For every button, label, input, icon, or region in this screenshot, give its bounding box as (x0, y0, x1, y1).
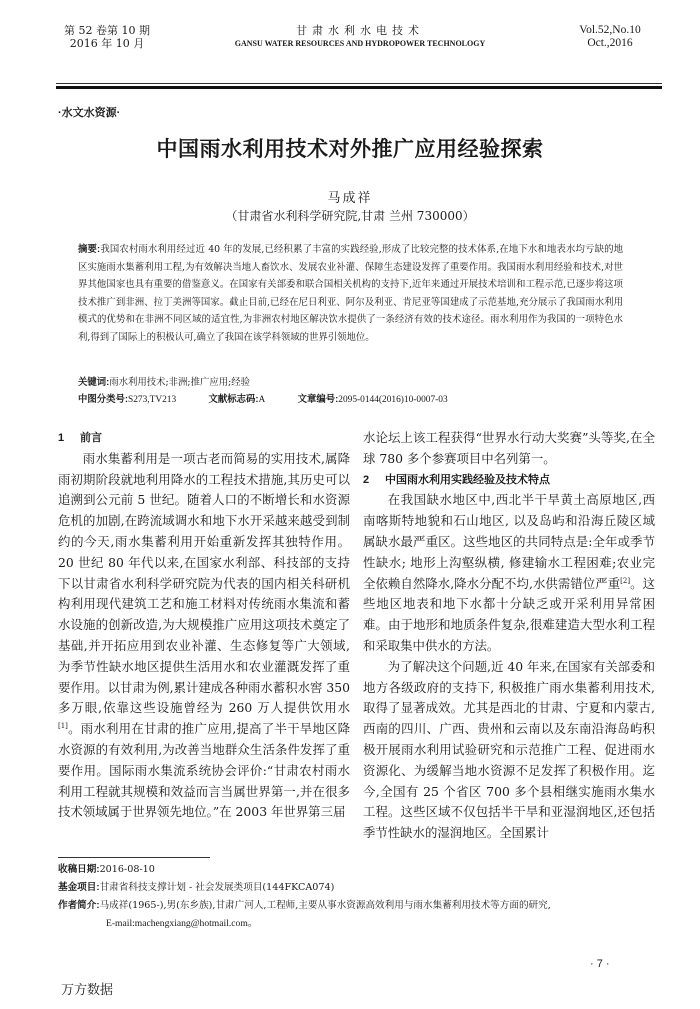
header-rule-thin (56, 83, 662, 84)
header-rule-thick (56, 86, 662, 89)
clc-number: 中图分类号:S273,TV213 (78, 395, 176, 405)
abstract-text: 我国农村雨水利用经过近 40 年的发展,已经积累了丰富的实践经验,形成了比较完整… (78, 244, 623, 343)
running-header-center: 甘肃水利水电技术 GANSU WATER RESOURCES AND HYDRO… (180, 24, 540, 50)
article-title: 中国雨水利用技术对外推广应用经验探索 (0, 133, 700, 163)
footnotes: 收稿日期:2016-08-10 基金项目:甘肃省科技支撑计划 - 社会发展类项目… (58, 861, 678, 933)
running-header-right: Vol.52,No.10 Oct.,2016 (560, 24, 660, 50)
watermark: 万方数据 (61, 979, 113, 998)
keywords-label: 关键词: (78, 376, 109, 387)
author-affiliation: （甘肃省水利科学研究院,甘肃 兰州 730000） (0, 207, 700, 224)
column-tag: ·水文水资源· (58, 104, 120, 120)
issue-date-en: Oct.,2016 (560, 37, 660, 50)
keywords: 关键词:雨水利用技术;非洲;推广应用;经验 (78, 373, 623, 391)
author-name: 马成祥 (0, 187, 700, 206)
document-code: 文献标志码:A (209, 395, 266, 405)
body-column-left: 1前言 雨水集蓄利用是一项古老而简易的实用技术,属降雨初期阶段就地利用降水的工程… (58, 428, 350, 823)
received-date: 收稿日期:2016-08-10 (58, 861, 678, 879)
fund-project: 基金项目:甘肃省科技支撑计划 - 社会发展类项目(144FKCA074) (58, 879, 678, 897)
citation-ref: [1] (58, 722, 68, 730)
paragraph-continuation: 水论坛上该工程获得“世界水行动大奖赛”头等奖,在全球 780 多个参赛项目中名列… (363, 428, 655, 470)
paragraph: 为了解决这个问题,近 40 年来,在国家有关部委和地方各级政府的支持下, 积极推… (363, 657, 655, 844)
author-bio: 作者简介:马成祥(1965-),男(东乡族),甘肃广河人,工程师,主要从事水资源… (58, 897, 678, 915)
journal-name-cn: 甘肃水利水电技术 (180, 24, 540, 37)
journal-name-en: GANSU WATER RESOURCES AND HYDROPOWER TEC… (180, 37, 540, 50)
page-number: · 7 · (590, 958, 610, 970)
author-email: E-mail:machengxiang@hotmail.com。 (58, 915, 678, 933)
paragraph: 雨水集蓄利用是一项古老而简易的实用技术,属降雨初期阶段就地利用降水的工程技术措施… (58, 449, 350, 823)
paragraph: 在我国缺水地区中,西北半干旱黄土高原地区,西南喀斯特地貌和石山地区, 以及岛屿和… (363, 490, 655, 656)
issue-date-cn: 2016 年 10 月 (62, 37, 152, 50)
volume-issue-en: Vol.52,No.10 (560, 24, 660, 37)
volume-issue: 第 52 卷第 10 期 (62, 24, 152, 37)
footnote-rule (58, 857, 210, 858)
classification-line: 中图分类号:S273,TV213 文献标志码:A 文章编号:2095-0144(… (78, 390, 638, 409)
running-header-left: 第 52 卷第 10 期 2016 年 10 月 (62, 24, 152, 50)
section-heading-2: 2中国雨水利用实践经验及技术特点 (363, 470, 655, 491)
abstract-label: 摘要: (78, 243, 100, 254)
keywords-text: 雨水利用技术;非洲;推广应用;经验 (109, 377, 250, 388)
body-column-right: 水论坛上该工程获得“世界水行动大奖赛”头等奖,在全球 780 多个参赛项目中名列… (363, 428, 655, 844)
citation-ref: [2] (620, 576, 630, 584)
article-id: 文章编号:2095-0144(2016)10-0007-03 (298, 395, 448, 405)
abstract: 摘要:我国农村雨水利用经过近 40 年的发展,已经积累了丰富的实践经验,形成了比… (78, 240, 623, 346)
section-heading-1: 1前言 (58, 428, 350, 449)
